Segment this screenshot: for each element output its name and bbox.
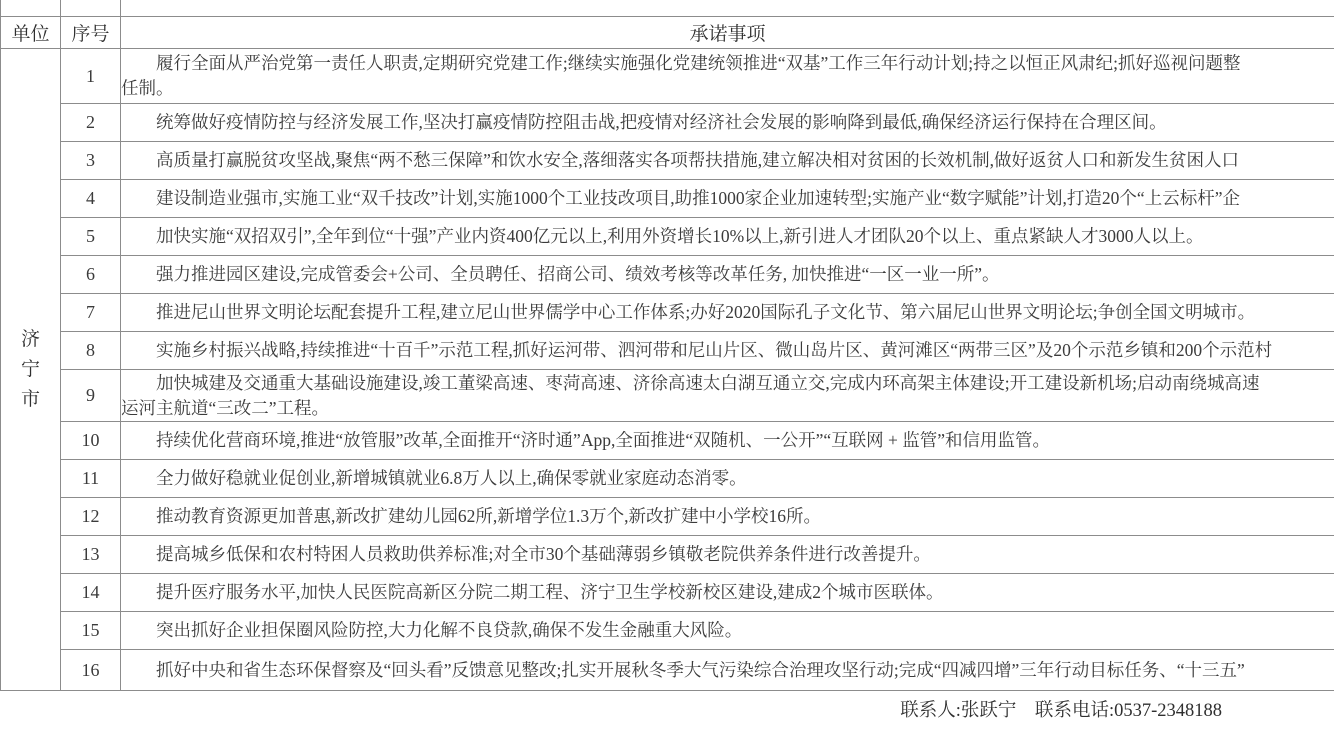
document-page: 单位 序号 承诺事项 济宁市 1 履行全面从严治党第一责任人职责,定期研究党建工…: [0, 0, 1334, 750]
commitment-text: 持续优化营商环境,推进“放管服”改革,全面推开“济时通”App,全面推进“双随机…: [121, 422, 1334, 460]
header-item: 承诺事项: [121, 17, 1334, 49]
commitment-text: 统筹做好疫情防控与经济发展工作,坚决打赢疫情防控阻击战,把疫情对经济社会发展的影…: [121, 104, 1334, 142]
table-row: 2 统筹做好疫情防控与经济发展工作,坚决打赢疫情防控阻击战,把疫情对经济社会发展…: [1, 104, 1334, 142]
table-row: 13 提高城乡低保和农村特困人员救助供养标准;对全市30个基础薄弱乡镇敬老院供养…: [1, 536, 1334, 574]
commitment-text: 加快城建及交通重大基础设施建设,竣工董梁高速、枣菏高速、济徐高速太白湖互通立交,…: [121, 370, 1334, 422]
cropped-top-row: [1, 0, 1334, 17]
commitment-text: 履行全面从严治党第一责任人职责,定期研究党建工作;继续实施强化党建统领推进“双基…: [121, 49, 1334, 104]
row-number: 3: [61, 142, 121, 180]
row-number: 12: [61, 498, 121, 536]
header-no: 序号: [61, 17, 121, 49]
row-number: 4: [61, 180, 121, 218]
commitment-text: 推进尼山世界文明论坛配套提升工程,建立尼山世界儒学中心工作体系;办好2020国际…: [121, 294, 1334, 332]
table-row: 14 提升医疗服务水平,加快人民医院高新区分院二期工程、济宁卫生学校新校区建设,…: [1, 574, 1334, 612]
table-row: 15 突出抓好企业担保圈风险防控,大力化解不良贷款,确保不发生金融重大风险。: [1, 612, 1334, 650]
row-number: 7: [61, 294, 121, 332]
table-row: 9 加快城建及交通重大基础设施建设,竣工董梁高速、枣菏高速、济徐高速太白湖互通立…: [1, 370, 1334, 422]
row-number: 11: [61, 460, 121, 498]
cropped-cell: [61, 0, 121, 17]
row-number: 6: [61, 256, 121, 294]
row-number: 9: [61, 370, 121, 422]
row-number: 10: [61, 422, 121, 460]
row-number: 13: [61, 536, 121, 574]
unit-name: 济宁市: [20, 325, 41, 415]
table-header-row: 单位 序号 承诺事项: [1, 17, 1334, 49]
row-number: 16: [61, 650, 121, 691]
unit-cell: 济宁市: [1, 49, 61, 691]
table-row: 6 强力推进园区建设,完成管委会+公司、全员聘任、招商公司、绩效考核等改革任务,…: [1, 256, 1334, 294]
commitment-text: 高质量打赢脱贫攻坚战,聚焦“两不愁三保障”和饮水安全,落细落实各项帮扶措施,建立…: [121, 142, 1334, 180]
row-number: 8: [61, 332, 121, 370]
table-row: 3 高质量打赢脱贫攻坚战,聚焦“两不愁三保障”和饮水安全,落细落实各项帮扶措施,…: [1, 142, 1334, 180]
table-row: 12 推动教育资源更加普惠,新改扩建幼儿园62所,新增学位1.3万个,新改扩建中…: [1, 498, 1334, 536]
row-number: 14: [61, 574, 121, 612]
commitment-table: 单位 序号 承诺事项 济宁市 1 履行全面从严治党第一责任人职责,定期研究党建工…: [0, 0, 1334, 691]
commitment-text: 加快实施“双招双引”,全年到位“十强”产业内资400亿元以上,利用外资增长10%…: [121, 218, 1334, 256]
row-number: 1: [61, 49, 121, 104]
commitment-text: 强力推进园区建设,完成管委会+公司、全员聘任、招商公司、绩效考核等改革任务, 加…: [121, 256, 1334, 294]
table-row: 8 实施乡村振兴战略,持续推进“十百千”示范工程,抓好运河带、泗河带和尼山片区、…: [1, 332, 1334, 370]
table-row: 5 加快实施“双招双引”,全年到位“十强”产业内资400亿元以上,利用外资增长1…: [1, 218, 1334, 256]
commitment-text: 突出抓好企业担保圈风险防控,大力化解不良贷款,确保不发生金融重大风险。: [121, 612, 1334, 650]
commitment-text: 全力做好稳就业促创业,新增城镇就业6.8万人以上,确保零就业家庭动态消零。: [121, 460, 1334, 498]
header-unit: 单位: [1, 17, 61, 49]
table-row: 4 建设制造业强市,实施工业“双千技改”计划,实施1000个工业技改项目,助推1…: [1, 180, 1334, 218]
table-row: 10 持续优化营商环境,推进“放管服”改革,全面推开“济时通”App,全面推进“…: [1, 422, 1334, 460]
row-number: 15: [61, 612, 121, 650]
commitment-text: 提高城乡低保和农村特困人员救助供养标准;对全市30个基础薄弱乡镇敬老院供养条件进…: [121, 536, 1334, 574]
table-row: 济宁市 1 履行全面从严治党第一责任人职责,定期研究党建工作;继续实施强化党建统…: [1, 49, 1334, 104]
cropped-cell: [121, 0, 1334, 17]
commitment-text: 实施乡村振兴战略,持续推进“十百千”示范工程,抓好运河带、泗河带和尼山片区、微山…: [121, 332, 1334, 370]
row-number: 5: [61, 218, 121, 256]
table-row: 16 抓好中央和省生态环保督察及“回头看”反馈意见整改;扎实开展秋冬季大气污染综…: [1, 650, 1334, 691]
table-row: 11 全力做好稳就业促创业,新增城镇就业6.8万人以上,确保零就业家庭动态消零。: [1, 460, 1334, 498]
row-number: 2: [61, 104, 121, 142]
table-row: 7 推进尼山世界文明论坛配套提升工程,建立尼山世界儒学中心工作体系;办好2020…: [1, 294, 1334, 332]
commitment-text: 建设制造业强市,实施工业“双千技改”计划,实施1000个工业技改项目,助推100…: [121, 180, 1334, 218]
commitment-text: 抓好中央和省生态环保督察及“回头看”反馈意见整改;扎实开展秋冬季大气污染综合治理…: [121, 650, 1334, 691]
commitment-text: 推动教育资源更加普惠,新改扩建幼儿园62所,新增学位1.3万个,新改扩建中小学校…: [121, 498, 1334, 536]
commitment-text: 提升医疗服务水平,加快人民医院高新区分院二期工程、济宁卫生学校新校区建设,建成2…: [121, 574, 1334, 612]
cropped-cell: [1, 0, 61, 17]
contact-line: 联系人:张跃宁 联系电话:0537-2348188: [0, 691, 1334, 731]
